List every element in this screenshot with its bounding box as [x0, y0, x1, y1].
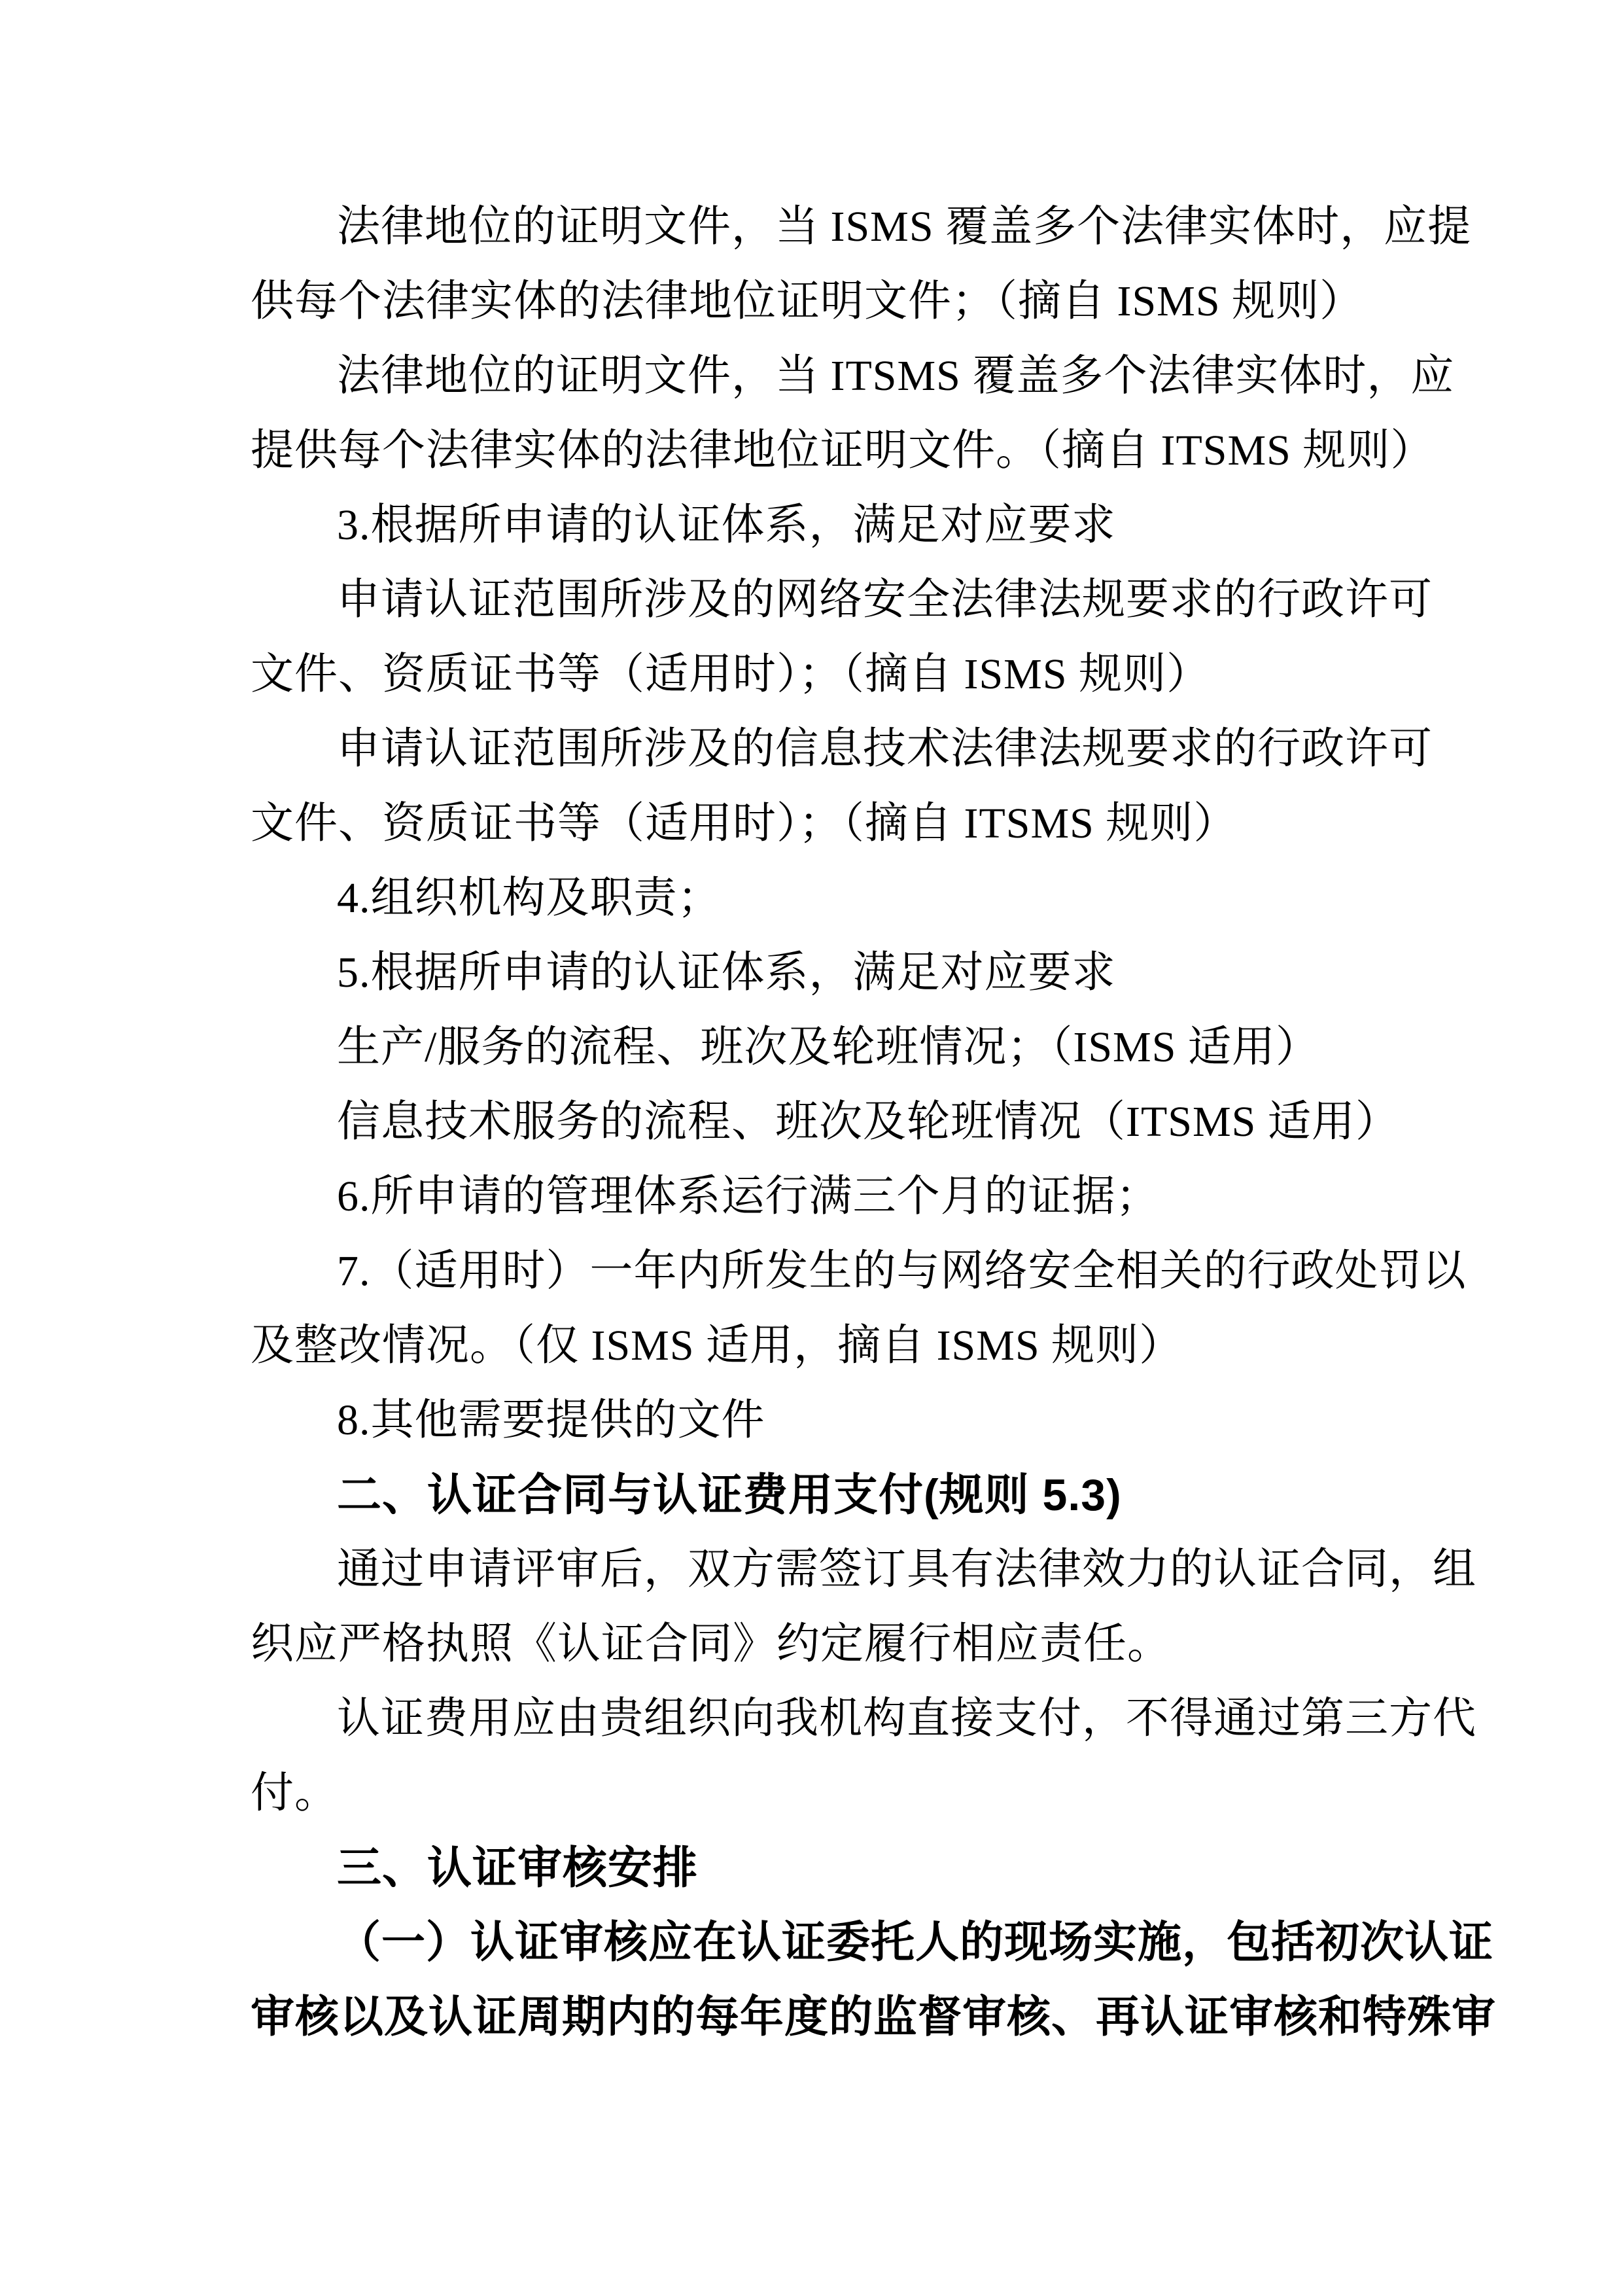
text-line: 织应严格执照《认证合同》约定履行相应责任。	[251, 1607, 1402, 1682]
text-line: 及整改情况。（仅 ISMS 适用，摘自 ISMS 规则）	[251, 1309, 1402, 1383]
text-line: 通过申请评审后，双方需签订具有法律效力的认证合同，组	[251, 1532, 1402, 1607]
text-line: 生产/服务的流程、班次及轮班情况；（ISMS 适用）	[251, 1010, 1402, 1085]
document-page: 法律地位的证明文件，当 ISMS 覆盖多个法律实体时，应提供每个法律实体的法律地…	[0, 0, 1623, 2296]
text-line: 8.其他需要提供的文件	[251, 1383, 1402, 1458]
text-line: 供每个法律实体的法律地位证明文件；（摘自 ISMS 规则）	[251, 264, 1402, 339]
text-line: 7.（适用时）一年内所发生的与网络安全相关的行政处罚以	[251, 1234, 1402, 1309]
text-line: 二、认证合同与认证费用支付(规则 5.3)	[251, 1458, 1402, 1532]
text-line: 信息技术服务的流程、班次及轮班情况（ITSMS 适用）	[251, 1085, 1402, 1159]
text-line: 提供每个法律实体的法律地位证明文件。（摘自 ITSMS 规则）	[251, 414, 1402, 488]
text-line: 认证费用应由贵组织向我机构直接支付，不得通过第三方代	[251, 1682, 1402, 1756]
text-line: 申请认证范围所涉及的信息技术法律法规要求的行政许可	[251, 712, 1402, 786]
text-line: 5.根据所申请的认证体系，满足对应要求	[251, 936, 1402, 1010]
text-line: 6.所申请的管理体系运行满三个月的证据；	[251, 1159, 1402, 1234]
document-body: 法律地位的证明文件，当 ISMS 覆盖多个法律实体时，应提供每个法律实体的法律地…	[251, 190, 1402, 2055]
text-line: 审核以及认证周期内的每年度的监督审核、再认证审核和特殊审	[251, 1980, 1402, 2055]
text-line: （一）认证审核应在认证委托人的现场实施，包括初次认证	[251, 1905, 1402, 1980]
text-line: 文件、资质证书等（适用时）；（摘自 ITSMS 规则）	[251, 786, 1402, 861]
text-line: 4.组织机构及职责；	[251, 861, 1402, 936]
text-line: 申请认证范围所涉及的网络安全法律法规要求的行政许可	[251, 563, 1402, 637]
text-line: 法律地位的证明文件，当 ISMS 覆盖多个法律实体时，应提	[251, 190, 1402, 264]
text-line: 3.根据所申请的认证体系，满足对应要求	[251, 488, 1402, 563]
text-line: 三、认证审核安排	[251, 1831, 1402, 1905]
text-line: 付。	[251, 1756, 1402, 1831]
text-line: 法律地位的证明文件，当 ITSMS 覆盖多个法律实体时，应	[251, 339, 1402, 414]
text-line: 文件、资质证书等（适用时）；（摘自 ISMS 规则）	[251, 637, 1402, 712]
